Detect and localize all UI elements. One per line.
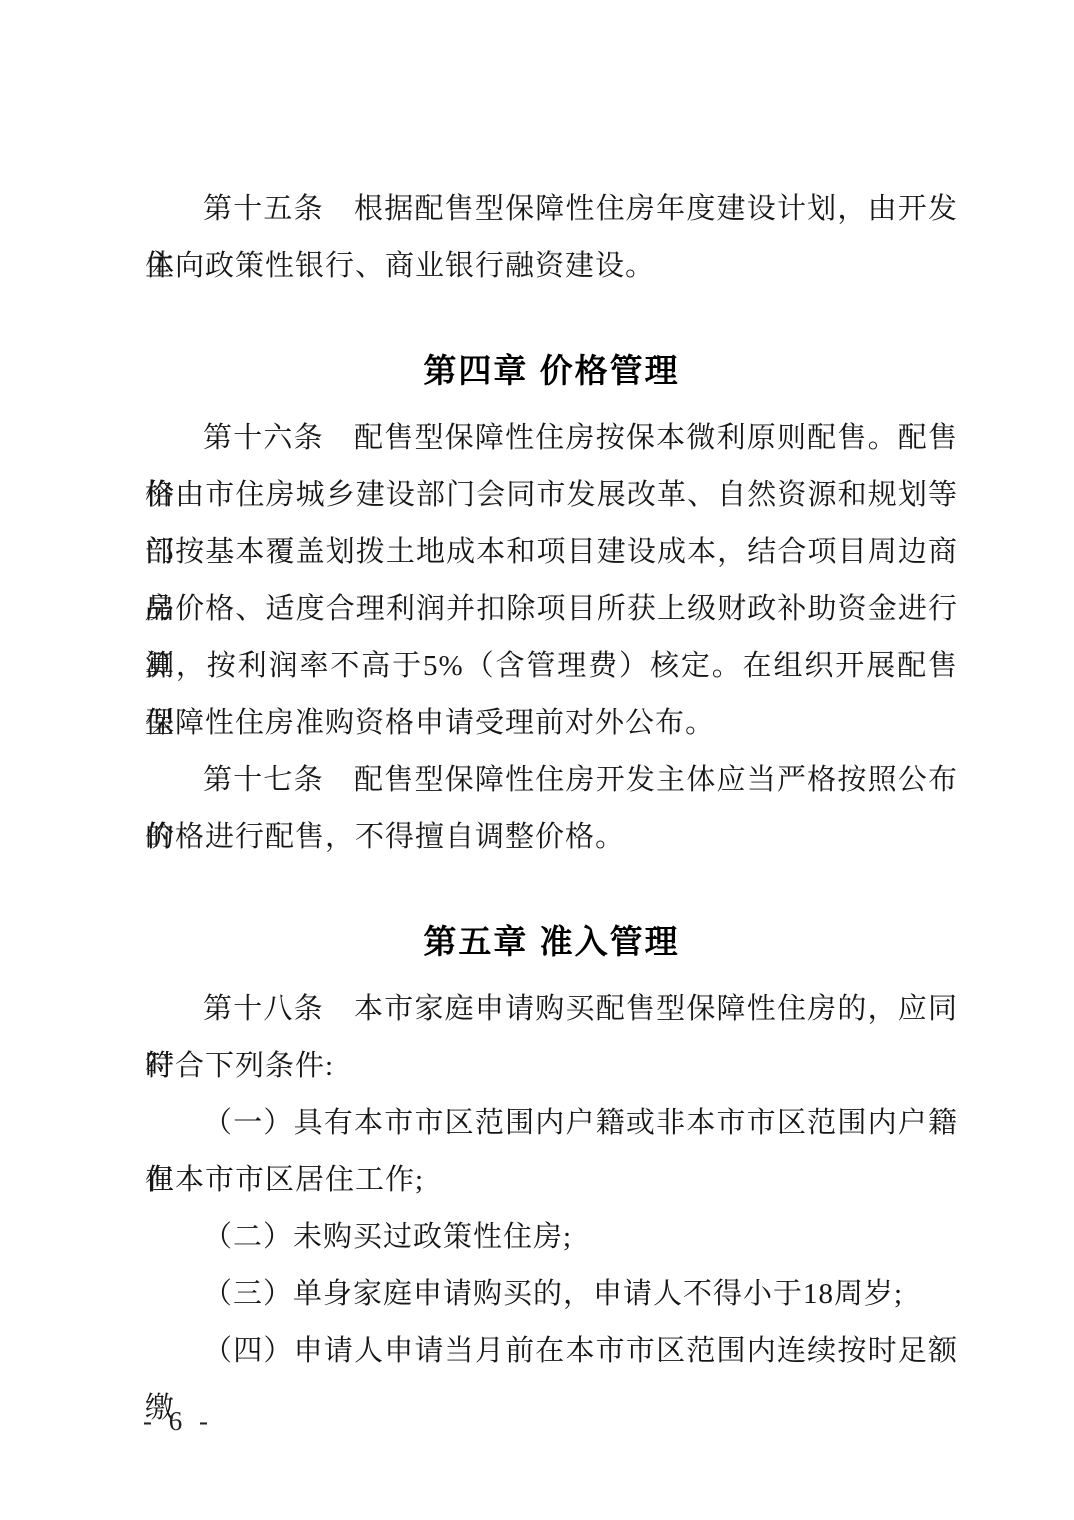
body-line: 保障性住房准购资格申请受理前对外公布。 [145, 695, 958, 752]
list-item-line: （三）单身家庭申请购买的，申请人不得小于18周岁; [145, 1266, 958, 1323]
body-line: 体向政策性银行、商业银行融资建设。 [145, 238, 958, 295]
page-number: - 6 - [143, 1406, 213, 1437]
list-item-line: 在本市市区居住工作; [145, 1152, 958, 1209]
body-line: 价格进行配售，不得擅自调整价格。 [145, 809, 958, 866]
list-item-line: （二）未购买过政策性住房; [145, 1209, 958, 1266]
body-line: 第十七条 配售型保障性住房开发主体应当严格按照公布的 [145, 752, 958, 809]
body-line: 算，按利润率不高于5%（含管理费）核定。在组织开展配售型 [145, 638, 958, 695]
body-line: 第十八条 本市家庭申请购买配售型保障性住房的，应同时 [145, 981, 958, 1038]
body-line: 符合下列条件: [145, 1038, 958, 1095]
document-page: 第十五条 根据配售型保障性住房年度建设计划，由开发主 体向政策性银行、商业银行融… [0, 0, 1074, 1520]
list-item-line: （四）申请人申请当月前在本市市区范围内连续按时足额缴 [145, 1323, 958, 1380]
body-line: 第十六条 配售型保障性住房按保本微利原则配售。配售价 [145, 410, 958, 467]
document-body: 第十五条 根据配售型保障性住房年度建设计划，由开发主 体向政策性银行、商业银行融… [145, 181, 958, 1380]
body-line: 格由市住房城乡建设部门会同市发展改革、自然资源和规划等部 [145, 467, 958, 524]
chapter-heading-admission-management: 第五章 准入管理 [145, 913, 958, 970]
body-line: 第十五条 根据配售型保障性住房年度建设计划，由开发主 [145, 181, 958, 238]
body-line: 门按基本覆盖划拨土地成本和项目建设成本，结合项目周边商品 [145, 524, 958, 581]
chapter-heading-price-management: 第四章 价格管理 [145, 342, 958, 399]
list-item-line: （一）具有本市市区范围内户籍或非本市市区范围内户籍但 [145, 1095, 958, 1152]
body-line: 房价格、适度合理利润并扣除项目所获上级财政补助资金进行测 [145, 581, 958, 638]
